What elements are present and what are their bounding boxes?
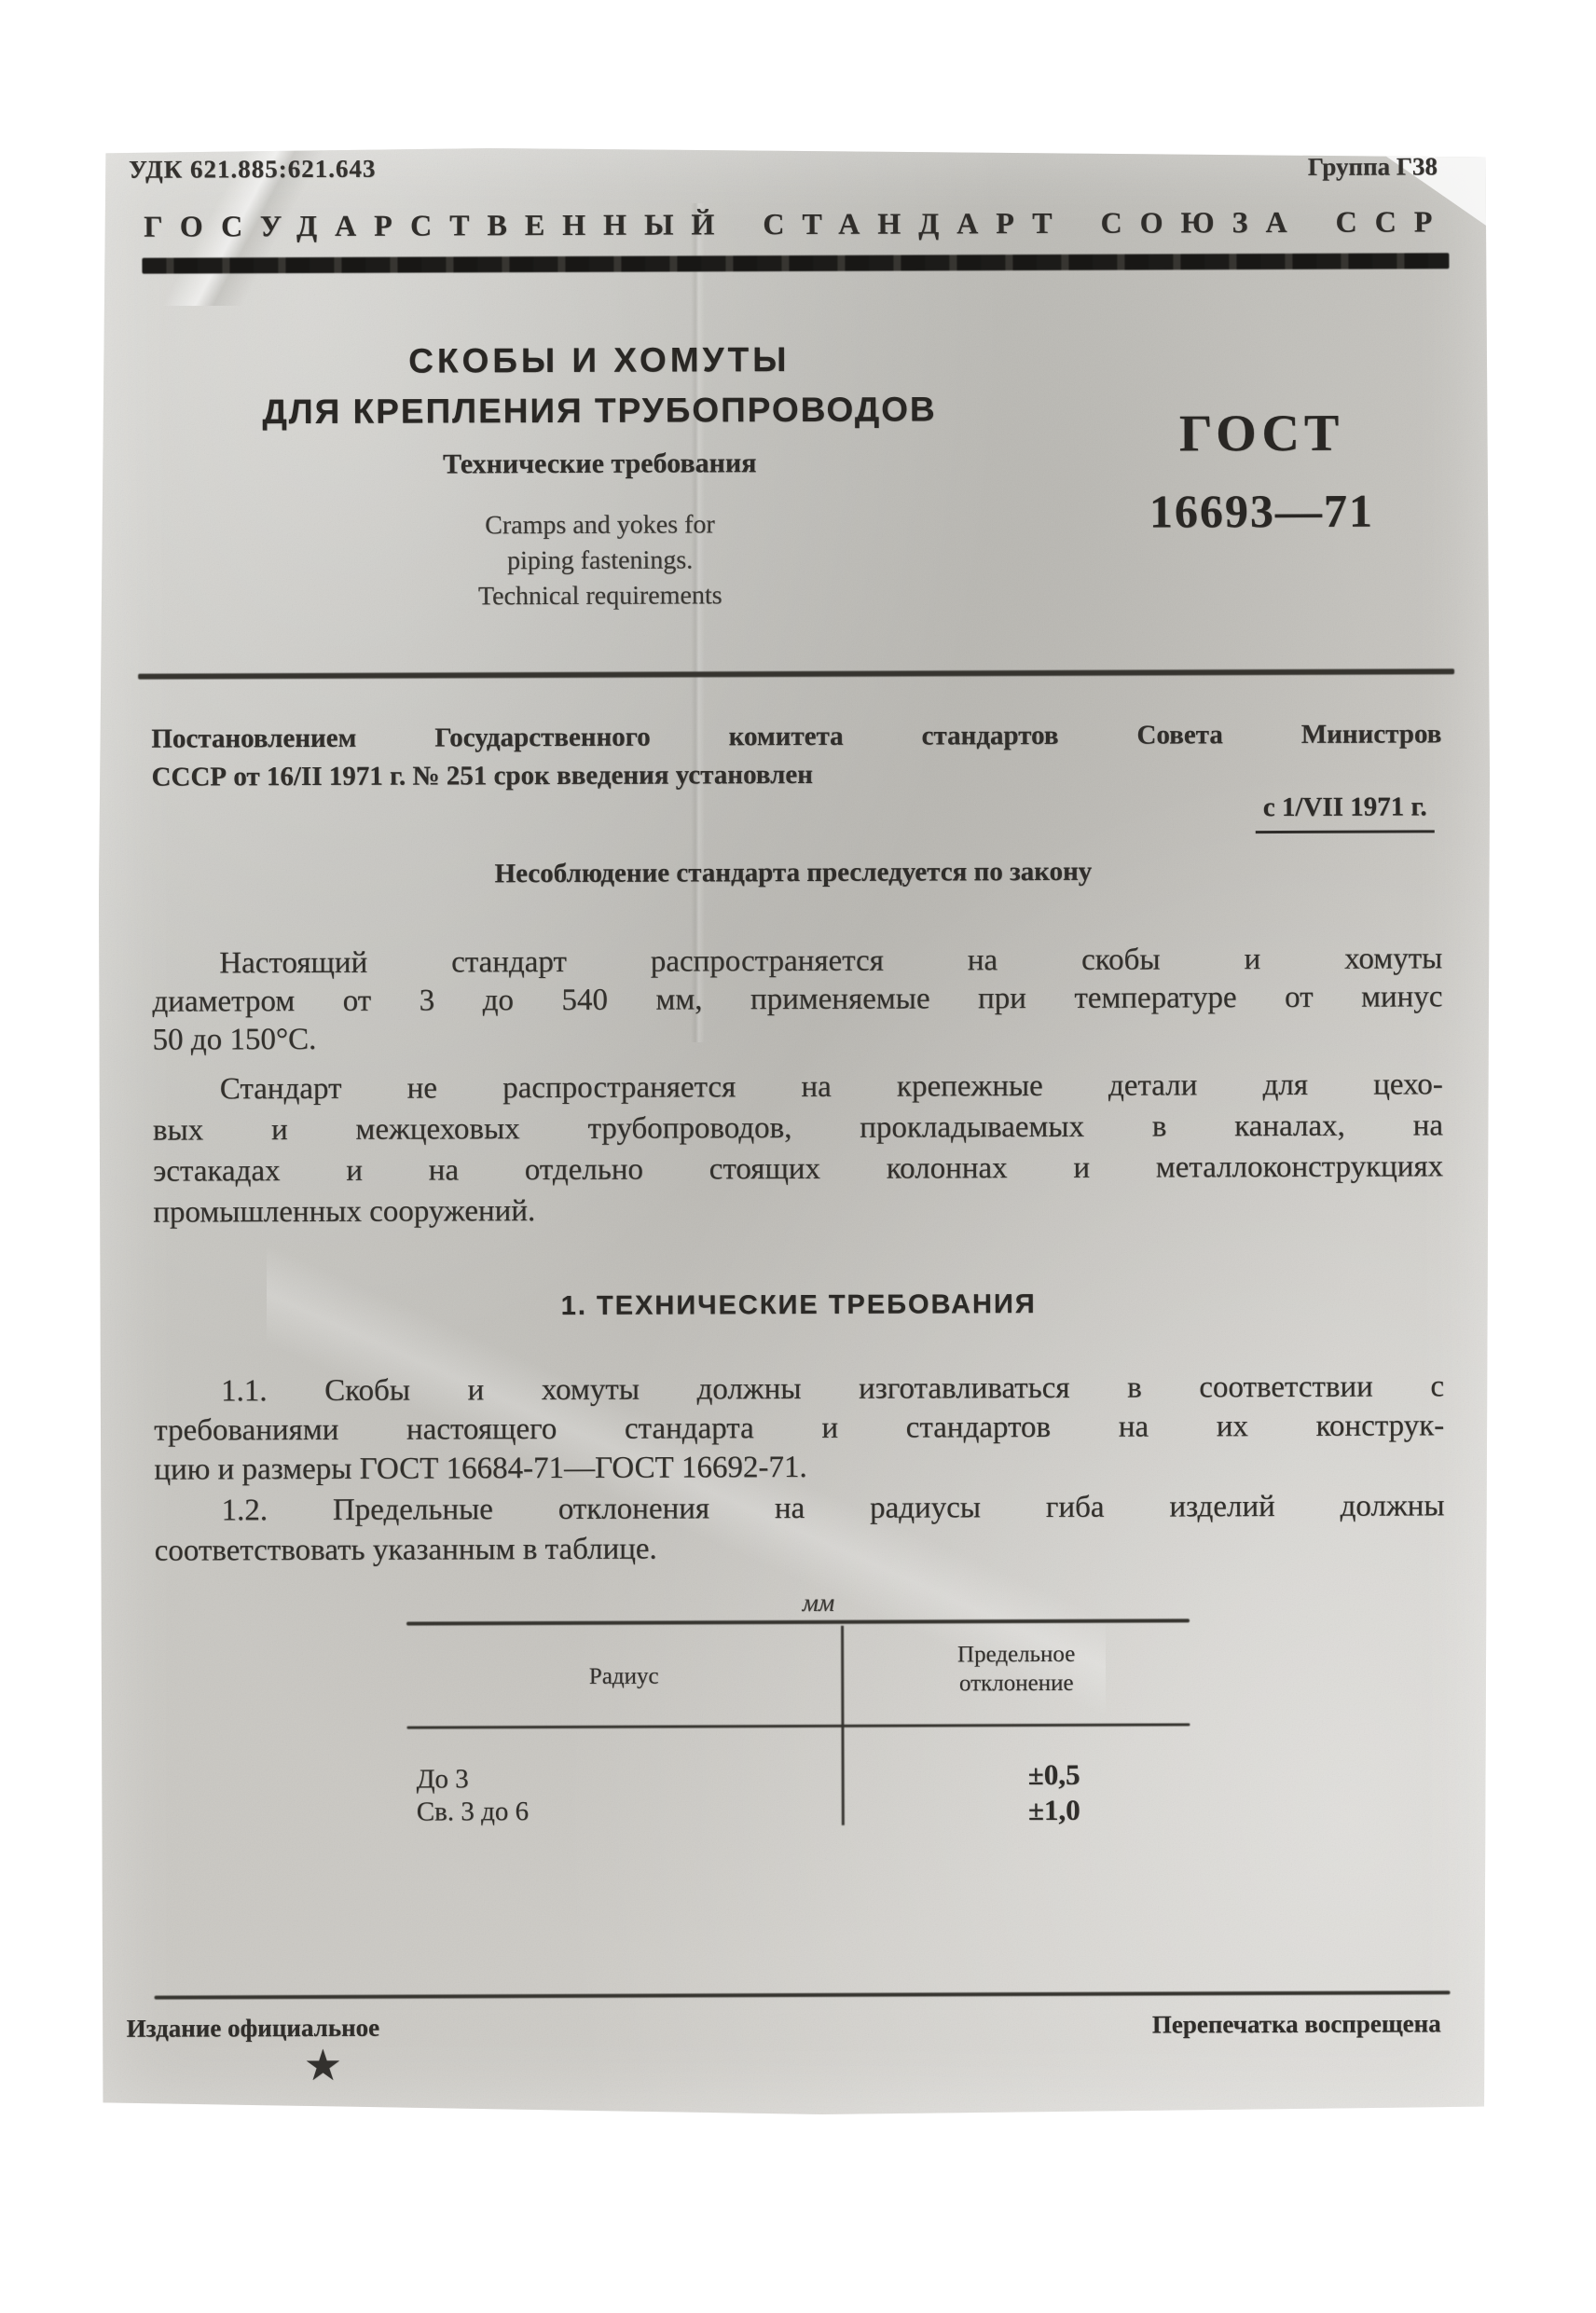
body-line: 50 до 150°С. [153,1016,1443,1059]
title-block: СКОБЫ И ХОМУТЫ ДЛЯ КРЕПЛЕНИЯ ТРУБОПРОВОД… [124,333,1076,616]
state-standard-header: ГОСУДАРСТВЕННЫЙ СТАНДАРТ СОЮЗА ССР [144,204,1449,243]
body-line: 1.2. Предельные отклонения на радиусы ги… [154,1486,1444,1531]
clause-1-1: 1.1. Скобы и хомуты должны изготавливать… [154,1367,1444,1489]
body-line: вых и межцеховых трубопроводов, проклады… [153,1105,1443,1150]
table-header-rule [406,1723,1190,1728]
body-line: Настоящий стандарт распространяется на с… [152,940,1442,983]
table-row: Св. 3 до 6 [417,1797,529,1827]
scan-canvas: УДК 621.885:621.643 Группа Г38 ГОСУДАРСТ… [0,0,1596,2313]
reprint-prohibited-label: Перепечатка воспрещена [1152,2009,1441,2039]
udk-classification: УДК 621.885:621.643 [129,155,377,185]
decree-line: СССР от 16/II 1971 г. № 251 срок введени… [151,753,1441,796]
section-heading: 1. ТЕХНИЧЕСКИЕ ТРЕБОВАНИЯ [154,1287,1444,1323]
gost-number: 16693—71 [1103,487,1420,534]
body-line: соответствовать указанным в таблице. [155,1526,1445,1571]
effective-date: с 1/VII 1971 г. [1256,792,1435,833]
english-title-line: Cramps and yokes for [124,506,1075,545]
table-header-deviation: Предельное отклонение [844,1639,1189,1698]
body-line: диаметром от 3 до 540 мм, применяемые пр… [152,978,1442,1021]
table-cell-deviation: ±1,0 [989,1794,1120,1828]
scope-paragraph-2: Стандарт не распространяется на крепежны… [153,1064,1444,1232]
body-line: эстакадах и на отдельно стоящих колоннах… [153,1146,1443,1191]
footer-rule [155,1990,1451,1999]
clause-1-2: 1.2. Предельные отклонения на радиусы ги… [154,1486,1444,1571]
document-title-line1: СКОБЫ И ХОМУТЫ [124,340,1075,381]
table-row: До 3 [417,1764,469,1795]
law-notice: Несоблюдение стандарта преследуется по з… [98,855,1489,891]
body-line: требованиями настоящего стандарта и стан… [154,1406,1444,1450]
body-line: промышленных сооружений. [153,1187,1443,1232]
document-page: УДК 621.885:621.643 Группа Г38 ГОСУДАРСТ… [99,147,1490,2114]
group-code: Группа Г38 [1308,152,1438,182]
header-thick-rule [142,253,1449,273]
table-top-rule [406,1618,1190,1625]
table-cell-deviation: ±0,5 [989,1758,1120,1793]
document-subtitle: Технические требования [124,447,1075,482]
scope-paragraph-1: Настоящий стандарт распространяется на с… [152,940,1442,1059]
body-line: Стандарт не распространяется на крепежны… [153,1064,1443,1109]
separator-rule [138,668,1454,679]
decree-paragraph: Постановлением Государственного комитета… [151,715,1441,796]
star-icon: ★ [304,2040,342,2090]
table-unit-label: мм [753,1589,884,1618]
english-title: Cramps and yokes for piping fastenings. … [124,506,1075,616]
gost-label: ГОСТ [1103,396,1420,461]
page-content: УДК 621.885:621.643 Группа Г38 ГОСУДАРСТ… [95,145,1493,2117]
body-line: 1.1. Скобы и хомуты должны изготавливать… [154,1367,1444,1411]
table-header-radius: Радиус [406,1663,841,1691]
decree-line: Постановлением Государственного комитета… [151,715,1441,758]
document-title-line2: ДЛЯ КРЕПЛЕНИЯ ТРУБОПРОВОДОВ [124,391,1075,432]
english-title-line: Technical requirements [125,577,1076,616]
english-title-line: piping fastenings. [125,542,1076,581]
standard-designation: ГОСТ 16693—71 [1103,396,1421,534]
body-line: цию и размеры ГОСТ 16684-71—ГОСТ 16692-7… [154,1445,1444,1489]
